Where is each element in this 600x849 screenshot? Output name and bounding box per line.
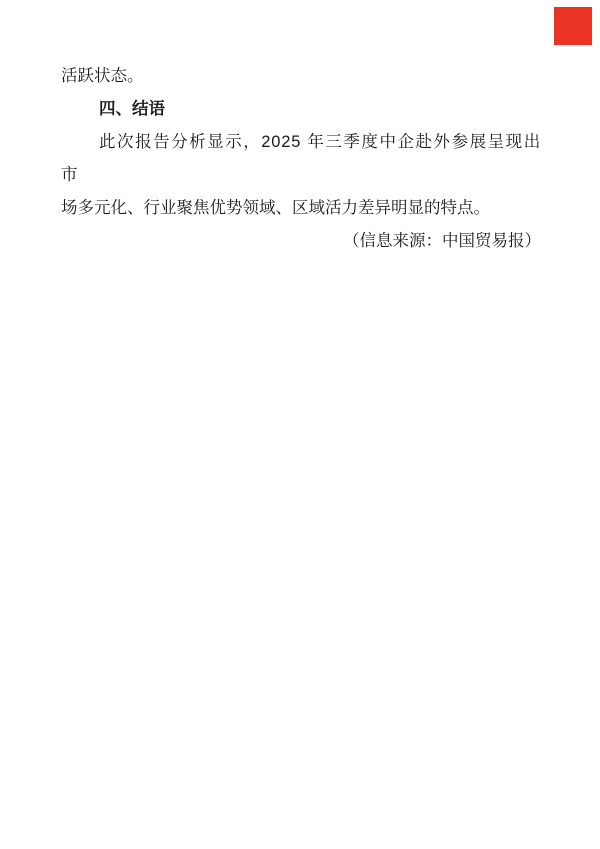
section-heading: 四、结语 [61,93,541,126]
paragraph-trailing-line: 活跃状态。 [61,60,541,93]
conclusion-paragraph: 此次报告分析显示，2025 年三季度中企赴外参展呈现出市场多元化、行业聚焦优势领… [61,126,541,225]
conclusion-paragraph-line-1: 此次报告分析显示，2025 年三季度中企赴外参展呈现出市 [61,133,541,184]
red-square-marker [554,7,592,45]
document-page: 活跃状态。 四、结语 此次报告分析显示，2025 年三季度中企赴外参展呈现出市场… [0,0,600,849]
source-attribution: （信息来源：中国贸易报） [61,225,541,258]
conclusion-paragraph-line-2: 场多元化、行业聚焦优势领域、区域活力差异明显的特点。 [61,199,490,217]
